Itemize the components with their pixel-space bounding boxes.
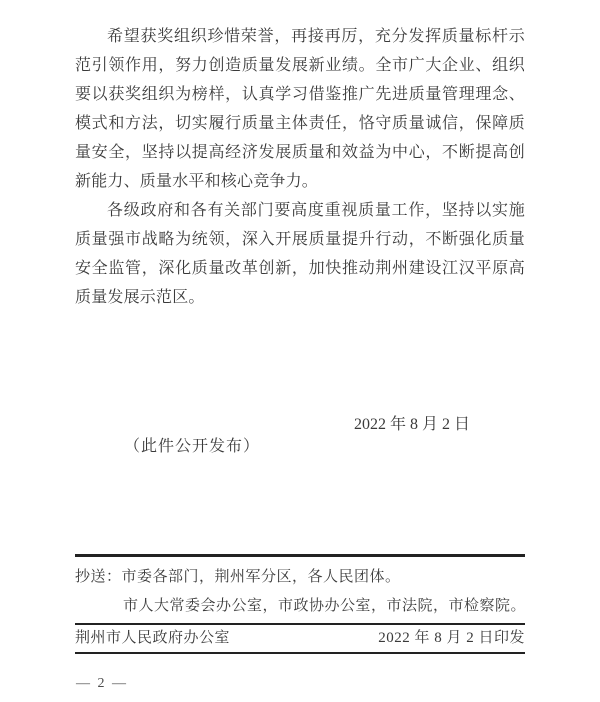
copy-to-label: 抄送： xyxy=(75,569,122,585)
colophon-block: 抄送：市委各部门，荆州军分区，各人民团体。 市人大常委会办公室，市政协办公室，市… xyxy=(75,554,525,654)
body-paragraph: 希望获奖组织珍惜荣誉，再接再厉，充分发挥质量标杆示范引领作用，努力创造质量发展新… xyxy=(75,22,525,196)
copy-to-line: 抄送：市委各部门，荆州军分区，各人民团体。 xyxy=(75,563,525,592)
print-date: 2022 年 8 月 2 日印发 xyxy=(378,625,525,652)
document-page: 希望获奖组织珍惜荣誉，再接再厉，充分发挥质量标杆示范引领作用，努力创造质量发展新… xyxy=(0,0,600,702)
page-number: — 2 — xyxy=(76,676,128,692)
issuer-line: 荆州市人民政府办公室 2022 年 8 月 2 日印发 xyxy=(75,625,525,654)
document-body: 希望获奖组织珍惜荣誉，再接再厉，充分发挥质量标杆示范引领作用，努力创造质量发展新… xyxy=(75,22,525,312)
body-paragraph: 各级政府和各有关部门要高度重视质量工作，坚持以实施质量强市战略为统领，深入开展质… xyxy=(75,196,525,312)
issuer-name: 荆州市人民政府办公室 xyxy=(75,625,230,652)
public-release-note: （此件公开发布） xyxy=(124,432,260,461)
copy-to-section: 抄送：市委各部门，荆州军分区，各人民团体。 市人大常委会办公室，市政协办公室，市… xyxy=(75,557,525,625)
copy-to-recipients: 市委各部门，荆州军分区，各人民团体。 xyxy=(122,569,401,585)
copy-to-line: 市人大常委会办公室，市政协办公室，市法院，市检察院。 xyxy=(75,592,525,621)
